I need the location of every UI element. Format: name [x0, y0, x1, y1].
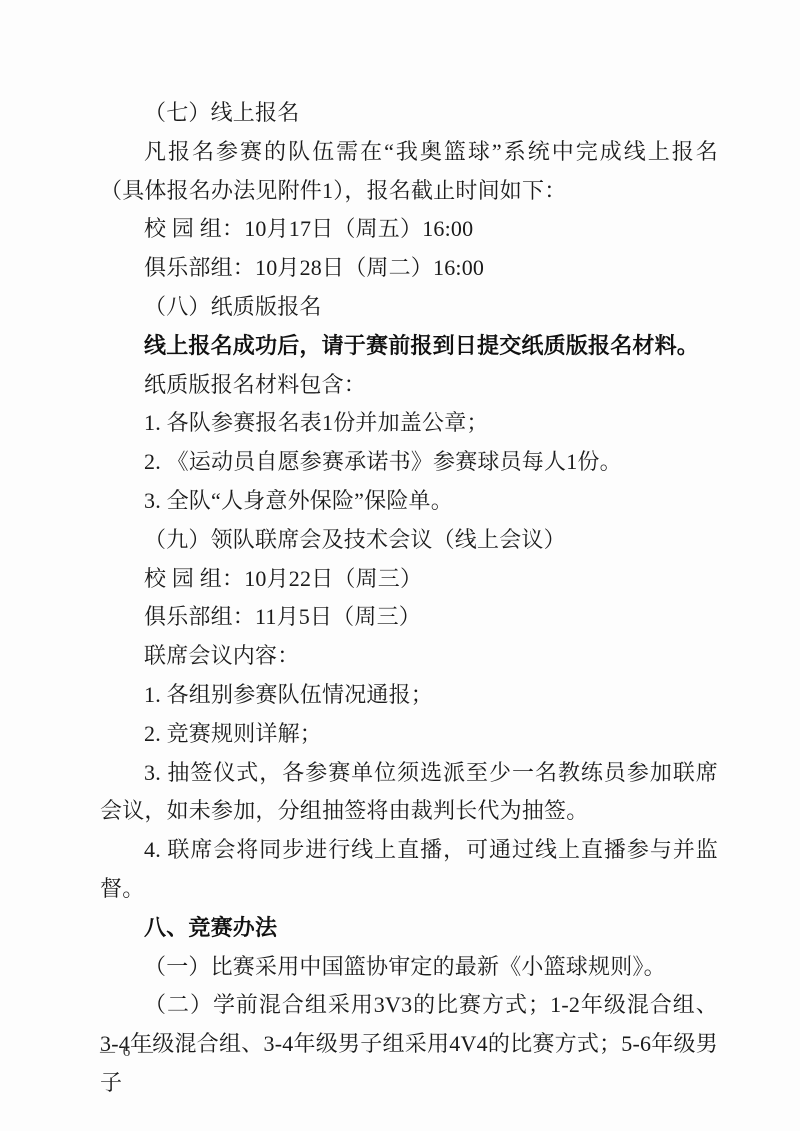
paragraph-club-group-deadline: 俱乐部组：10月28日（周二）16:00 [100, 249, 718, 288]
paragraph-online-registration-info: 凡报名参赛的队伍需在“我奥篮球”系统中完成线上报名（具体报名办法见附件1），报名… [100, 133, 718, 211]
document-body: （七）线上报名 凡报名参赛的队伍需在“我奥篮球”系统中完成线上报名（具体报名办法… [100, 94, 718, 1103]
paragraph-club-group-meeting-date: 俱乐部组：11月5日（周三） [100, 598, 718, 637]
subsection-heading-online-registration: （七）线上报名 [100, 94, 718, 133]
page-number: — 6 — [100, 1044, 155, 1061]
subsection-heading-paper-registration: （八）纸质版报名 [100, 288, 718, 327]
paragraph-paper-materials-intro: 纸质版报名材料包含： [100, 366, 718, 405]
paragraph-paper-submission-notice: 线上报名成功后，请于赛前报到日提交纸质版报名材料。 [100, 327, 718, 366]
list-item-team-report: 1. 各组别参赛队伍情况通报； [100, 676, 718, 715]
section-heading-competition-method: 八、竞赛办法 [100, 909, 718, 948]
paragraph-meeting-content-intro: 联席会议内容： [100, 637, 718, 676]
paragraph-school-group-deadline: 校 园 组：10月17日（周五）16:00 [100, 210, 718, 249]
list-item-insurance: 3. 全队“人身意外保险”保险单。 [100, 482, 718, 521]
list-item-live-broadcast: 4. 联席会将同步进行线上直播，可通过线上直播参与并监督。 [100, 831, 718, 909]
paragraph-rules-basis: （一）比赛采用中国篮协审定的最新《小篮球规则》。 [100, 948, 718, 987]
list-item-draw-ceremony: 3. 抽签仪式，各参赛单位须选派至少一名教练员参加联席会议，如未参加，分组抽签将… [100, 754, 718, 832]
paragraph-school-group-meeting-date: 校 园 组：10月22日（周三） [100, 560, 718, 599]
list-item-commitment-letter: 2. 《运动员自愿参赛承诺书》参赛球员每人1份。 [100, 443, 718, 482]
document-page: （七）线上报名 凡报名参赛的队伍需在“我奥篮球”系统中完成线上报名（具体报名办法… [0, 0, 800, 1131]
list-item-registration-form: 1. 各队参赛报名表1份并加盖公章； [100, 404, 718, 443]
list-item-rules-explanation: 2. 竞赛规则详解； [100, 715, 718, 754]
subsection-heading-leaders-meeting: （九）领队联席会及技术会议（线上会议） [100, 521, 718, 560]
paragraph-game-formats: （二）学前混合组采用3V3的比赛方式；1-2年级混合组、3-4年级混合组、3-4… [100, 986, 718, 1102]
